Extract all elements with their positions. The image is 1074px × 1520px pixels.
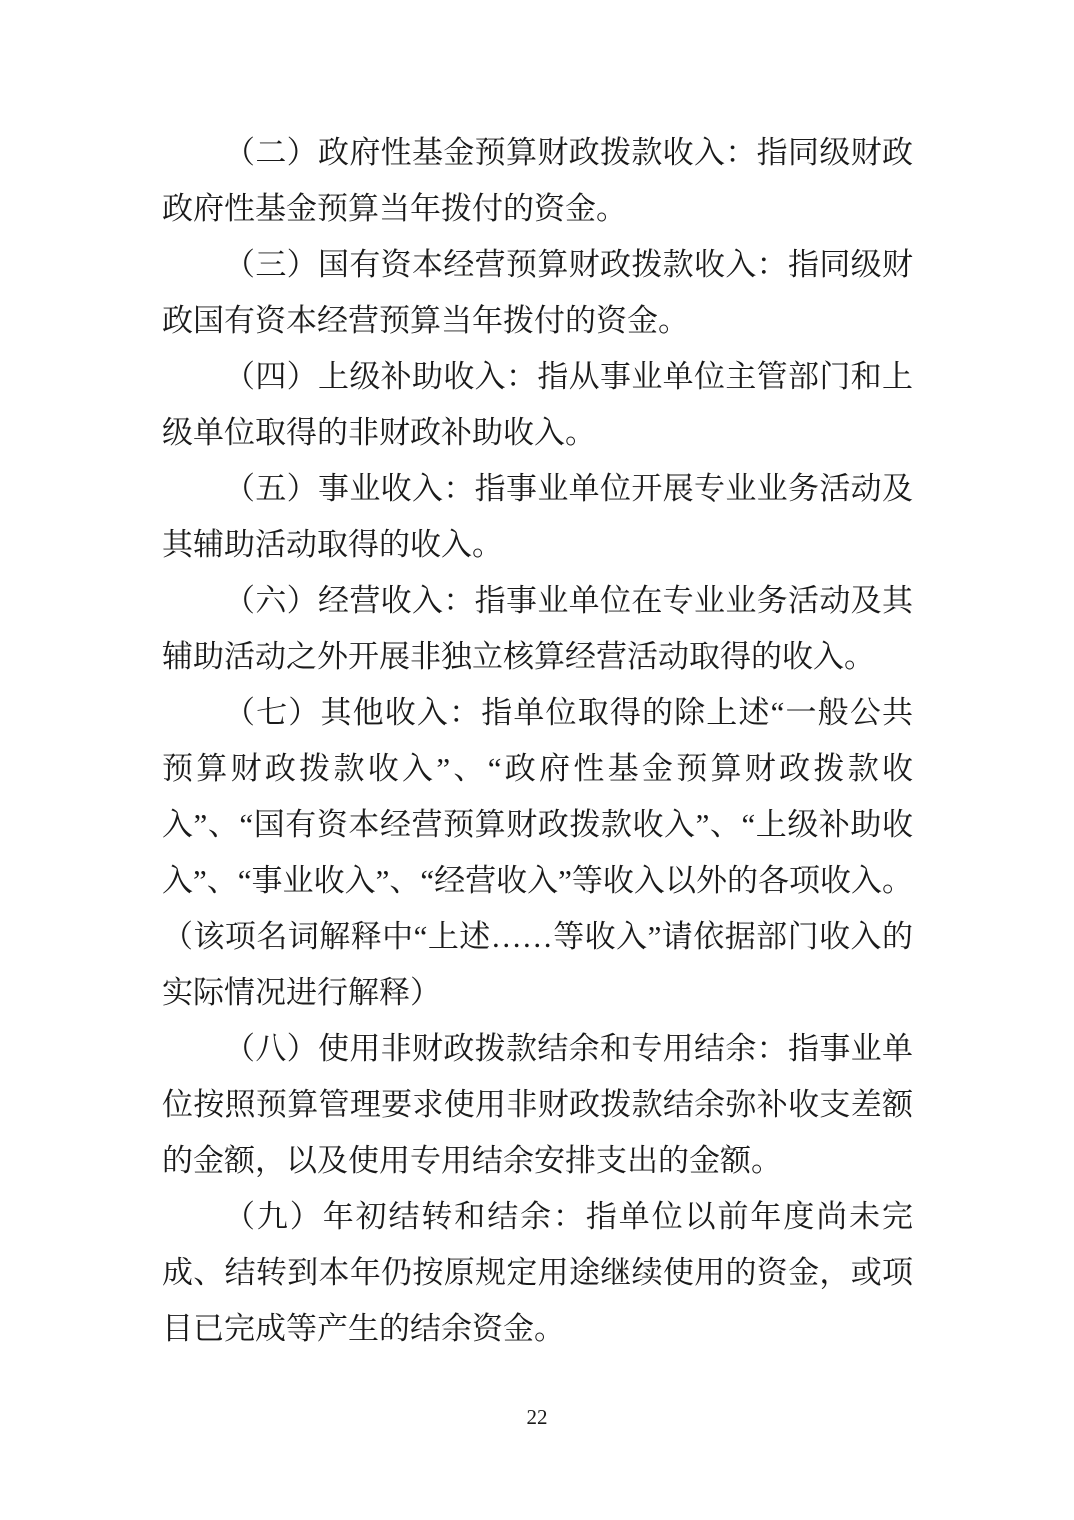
page-footer: 22 [0, 1403, 1074, 1431]
paragraph-item-3: （三）国有资本经营预算财政拨款收入：指同级财政国有资本经营预算当年拨付的资金。 [162, 237, 913, 349]
document-body: （二）政府性基金预算财政拨款收入：指同级财政政府性基金预算当年拨付的资金。 （三… [162, 125, 913, 1357]
paragraph-item-5: （五）事业收入：指事业单位开展专业业务活动及其辅助活动取得的收入。 [162, 461, 913, 573]
paragraph-item-4: （四）上级补助收入：指从事业单位主管部门和上级单位取得的非财政补助收入。 [162, 349, 913, 461]
document-page: （二）政府性基金预算财政拨款收入：指同级财政政府性基金预算当年拨付的资金。 （三… [0, 0, 1074, 1520]
paragraph-item-6: （六）经营收入：指事业单位在专业业务活动及其辅助活动之外开展非独立核算经营活动取… [162, 573, 913, 685]
page-number: 22 [527, 1405, 548, 1429]
paragraph-item-9: （九）年初结转和结余：指单位以前年度尚未完成、结转到本年仍按原规定用途继续使用的… [162, 1189, 913, 1357]
paragraph-item-7: （七）其他收入：指单位取得的除上述“一般公共预算财政拨款收入”、“政府性基金预算… [162, 685, 913, 1021]
paragraph-item-8: （八）使用非财政拨款结余和专用结余：指事业单位按照预算管理要求使用非财政拨款结余… [162, 1021, 913, 1189]
paragraph-item-2: （二）政府性基金预算财政拨款收入：指同级财政政府性基金预算当年拨付的资金。 [162, 125, 913, 237]
